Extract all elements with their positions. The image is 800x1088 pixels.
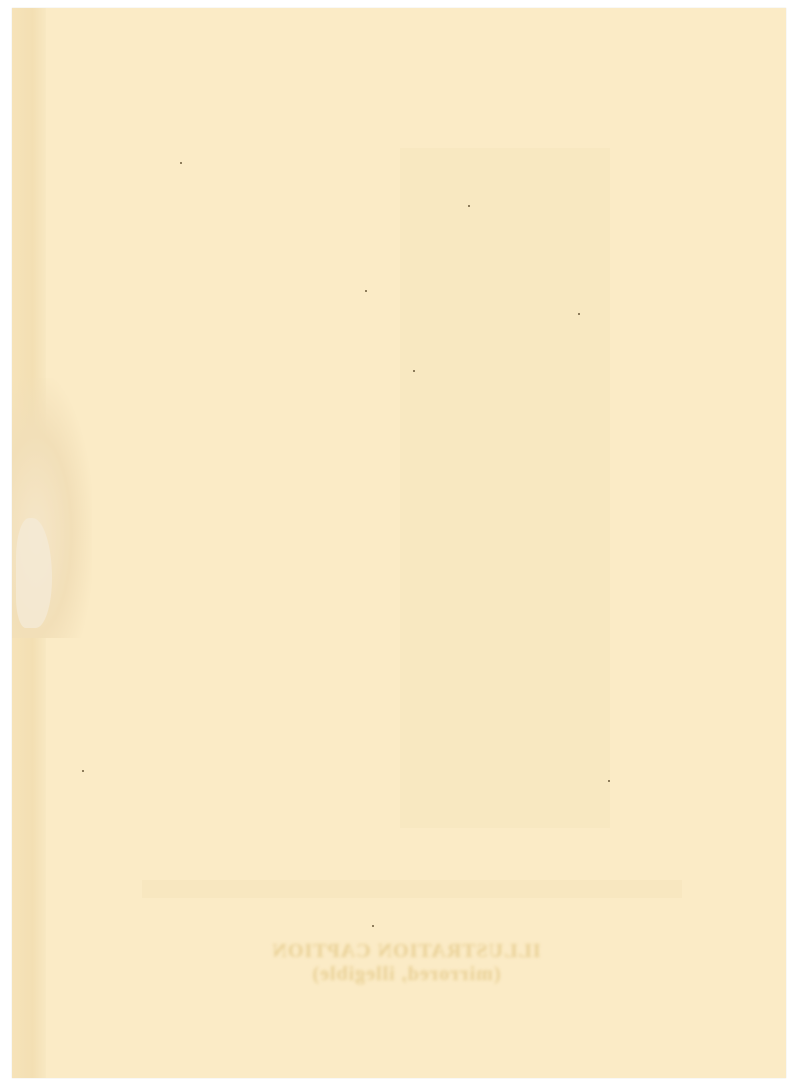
speck [608,780,610,782]
speck [413,370,415,372]
speck [365,290,367,292]
speck [578,313,580,315]
bleed-through-caption: ILLUSTRATION CAPTION (mirrored, illegibl… [236,940,576,986]
speck [372,925,374,927]
bleed-through-illustration [400,148,610,828]
speck [468,205,470,207]
speck [180,162,182,164]
paper-sheet: ILLUSTRATION CAPTION (mirrored, illegibl… [12,8,786,1078]
speck [82,770,84,772]
bleed-through-rule [142,880,682,898]
